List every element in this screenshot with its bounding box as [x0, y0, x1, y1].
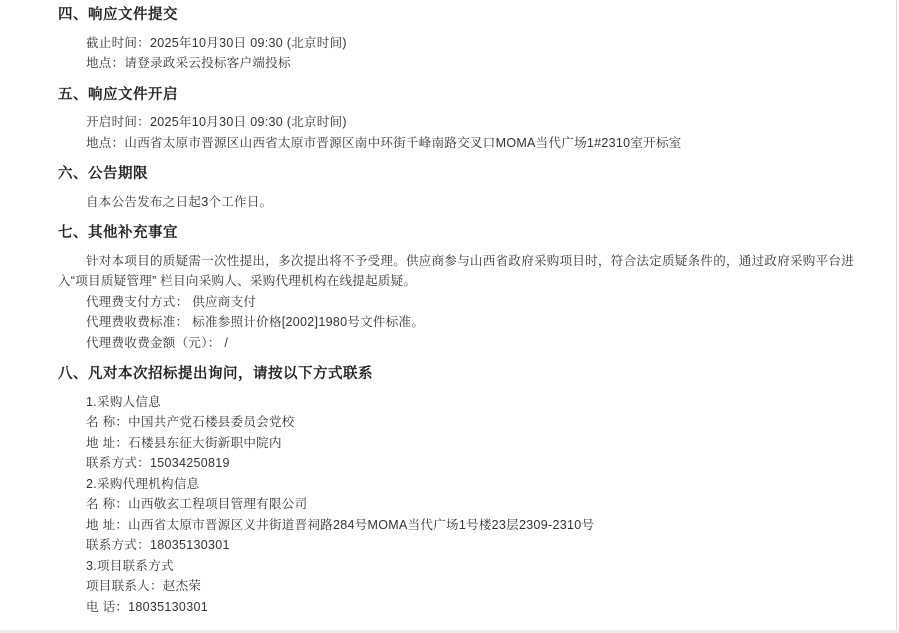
section-heading: 六、公告期限 [58, 164, 860, 184]
inquiry-rules-paragraph: 针对本项目的质疑需一次性提出，多次提出将不予受理。供应商参与山西省政府采购项目时… [58, 251, 860, 292]
agency-info-subtitle: 2.采购代理机构信息 [58, 474, 860, 495]
section-response-file-submission: 四、响应文件提交 截止时间：2025年10月30日 09:30 (北京时间) 地… [58, 5, 860, 74]
section-response-file-opening: 五、响应文件开启 开启时间：2025年10月30日 09:30 (北京时间) 地… [58, 85, 860, 154]
announcement-document: 四、响应文件提交 截止时间：2025年10月30日 09:30 (北京时间) 地… [58, 0, 860, 617]
scrollbar-track-edge[interactable] [896, 0, 897, 633]
opening-location-line: 地点：山西省太原市晋源区山西省太原市晋源区南中环街千峰南路交叉口MOMA当代广场… [58, 133, 860, 154]
section-heading: 七、其他补充事宜 [58, 223, 860, 243]
submission-location-line: 地点：请登录政采云投标客户端投标 [58, 53, 860, 74]
deadline-time-line: 截止时间：2025年10月30日 09:30 (北京时间) [58, 33, 860, 54]
project-contact-subtitle: 3.项目联系方式 [58, 556, 860, 577]
agency-fee-amount-line: 代理费收费金额（元）： / [58, 333, 860, 354]
agency-contact-line: 联系方式：18035130301 [58, 535, 860, 556]
purchaser-address-line: 地 址：石楼县东征大街新职中院内 [58, 433, 860, 454]
section-heading: 五、响应文件开启 [58, 85, 860, 105]
purchaser-name-line: 名 称：中国共产党石楼县委员会党校 [58, 412, 860, 433]
announcement-period-line: 自本公告发布之日起3个工作日。 [58, 192, 860, 213]
agency-name-line: 名 称：山西敬玄工程项目管理有限公司 [58, 494, 860, 515]
opening-time-line: 开启时间：2025年10月30日 09:30 (北京时间) [58, 112, 860, 133]
agency-address-line: 地 址：山西省太原市晋源区义井街道晋祠路284号MOMA当代广场1号楼23层23… [58, 515, 860, 536]
section-contact-information: 八、凡对本次招标提出询问，请按以下方式联系 1.采购人信息 名 称：中国共产党石… [58, 364, 860, 617]
agency-fee-standard-line: 代理费收费标准： 标准参照计价格[2002]1980号文件标准。 [58, 312, 860, 333]
section-other-supplementary-matters: 七、其他补充事宜 针对本项目的质疑需一次性提出，多次提出将不予受理。供应商参与山… [58, 223, 860, 353]
project-phone-line: 电 话：18035130301 [58, 597, 860, 618]
section-heading: 八、凡对本次招标提出询问，请按以下方式联系 [58, 364, 860, 384]
section-heading: 四、响应文件提交 [58, 5, 860, 25]
project-contact-person-line: 项目联系人：赵杰荣 [58, 576, 860, 597]
purchaser-contact-line: 联系方式：15034250819 [58, 453, 860, 474]
purchaser-info-subtitle: 1.采购人信息 [58, 392, 860, 413]
agency-fee-payment-method-line: 代理费支付方式： 供应商支付 [58, 292, 860, 313]
document-page: 四、响应文件提交 截止时间：2025年10月30日 09:30 (北京时间) 地… [0, 0, 899, 633]
section-announcement-period: 六、公告期限 自本公告发布之日起3个工作日。 [58, 164, 860, 212]
